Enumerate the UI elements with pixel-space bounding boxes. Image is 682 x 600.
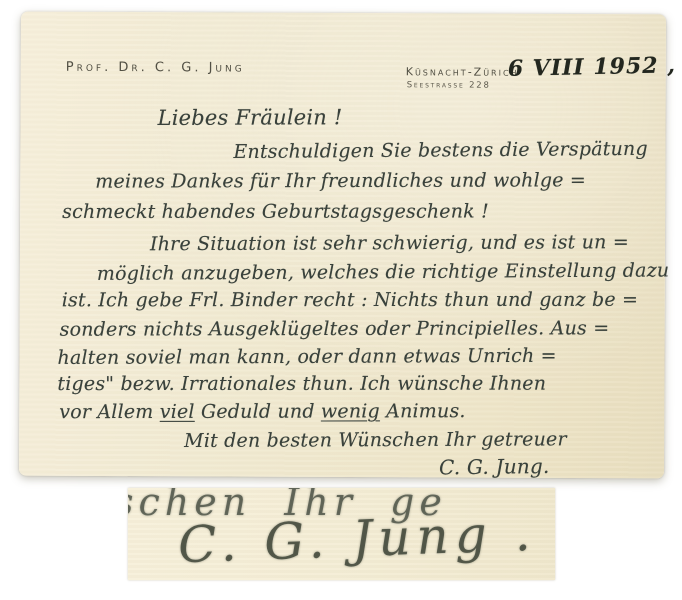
letterhead-name: Prof. Dr. C. G. Jung [66, 60, 245, 76]
body-line: halten soviel man kann, oder dann etwas … [57, 345, 556, 369]
closing-line: Mit den besten Wünschen Ihr getreuer [184, 428, 567, 452]
body-line: Ihre Situation ist sehr schwierig, und e… [150, 231, 629, 255]
underlined-word: viel [160, 401, 195, 423]
photo-background: Prof. Dr. C. G. Jung Küsnacht-Zürich See… [0, 0, 682, 600]
body-line: schmeckt habendes Geburtstagsgeschenk ! [62, 201, 489, 223]
letterhead-city: Küsnacht-Zürich [406, 65, 519, 78]
crop-line-2: C. G. Jung . [177, 504, 537, 574]
underlined-word: wenig [321, 400, 380, 422]
salutation-line: Liebes Fräulein ! [158, 105, 343, 130]
body-line: meines Dankes für Ihr freundliches und w… [95, 169, 586, 192]
body-line: vor Allem viel Geduld und wenig Animus. [59, 400, 465, 423]
signature-crop: schen Ihr ge C. G. Jung . [128, 488, 555, 580]
letterhead-street: Seestrasse 228 [407, 80, 491, 90]
body-line-text: vor Allem [59, 401, 160, 423]
signature-line: C. G. Jung. [439, 454, 550, 479]
body-line: Entschuldigen Sie bestens die Verspätung [233, 138, 648, 163]
body-line: sonders nichts Ausgeklügeltes oder Princ… [60, 317, 610, 340]
letterhead-date: 6 VIII 1952 , [508, 52, 677, 82]
body-line: möglich anzugeben, welches die richtige … [97, 259, 670, 284]
body-line: tiges" bezw. Irrationales thun. Ich wüns… [57, 373, 546, 395]
letter-sheet: Prof. Dr. C. G. Jung Küsnacht-Zürich See… [19, 12, 666, 479]
body-line-text: Animus. [380, 400, 466, 422]
body-line: ist. Ich gebe Frl. Binder recht : Nichts… [62, 289, 638, 312]
body-line-text: Geduld und [195, 400, 321, 422]
